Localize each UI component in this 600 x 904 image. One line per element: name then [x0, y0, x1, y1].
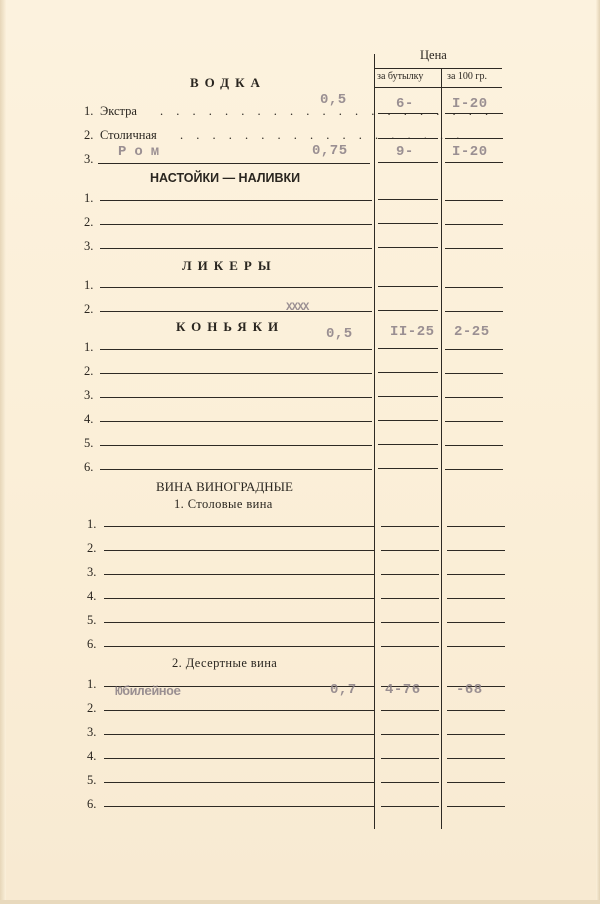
row-rule: [104, 734, 374, 735]
row-rule: [378, 348, 438, 349]
row-rule: [100, 224, 372, 225]
paper-edge-right: [596, 0, 600, 904]
table-wines-row-number: 6.: [87, 637, 96, 652]
price-per-100g-header: за 100 гр.: [447, 71, 487, 82]
row-rule: [447, 758, 505, 759]
row-rule: [100, 397, 372, 398]
row-rule: [445, 162, 503, 163]
dessert-wine-1-volume: 0,7: [330, 682, 357, 698]
vodka-row-2-number: 2.: [84, 128, 93, 143]
row-rule: [378, 247, 438, 248]
row-rule: [378, 420, 438, 421]
row-rule: [104, 598, 374, 599]
row-rule: [447, 550, 505, 551]
row-rule: [381, 574, 439, 575]
row-rule: [104, 782, 374, 783]
dessert-wine-1-name: Юбилейное: [115, 684, 181, 699]
price-header-rule: [374, 68, 502, 69]
price-column-left-rule: [374, 54, 375, 829]
table-wines-row-number: 2.: [87, 541, 96, 556]
row-rule: [381, 622, 439, 623]
row-rule: [381, 758, 439, 759]
dessert-wines-row-number: 2.: [87, 701, 96, 716]
table-wines-row-number: 1.: [87, 517, 96, 532]
row-rule: [445, 311, 503, 312]
konyaki-row-number: 6.: [84, 460, 93, 475]
row-rule: [100, 421, 372, 422]
konyaki-volume: 0,5: [326, 326, 353, 342]
row-rule: [381, 526, 439, 527]
row-rule: [445, 469, 503, 470]
row-rule: [447, 806, 505, 807]
subsection-title-dessert-wines: 2. Десертные вина: [172, 656, 277, 671]
konyaki-star-mark: XXXX: [286, 302, 308, 314]
row-rule: [447, 574, 505, 575]
vodka-row-1-volume: 0,5: [320, 92, 347, 108]
row-rule: [447, 598, 505, 599]
section-title-konyaki: КОНЬЯКИ: [176, 319, 284, 335]
row-rule: [381, 550, 439, 551]
row-rule: [447, 526, 505, 527]
dessert-wines-row-number: 5.: [87, 773, 96, 788]
row-rule: [445, 113, 503, 114]
vodka-row-1-price-bottle: 6-: [396, 96, 414, 112]
vodka-row-3-price-100g: I-20: [452, 144, 488, 160]
vodka-row-1-number: 1.: [84, 104, 93, 119]
konyaki-row-number: 2.: [84, 364, 93, 379]
subsection-title-table-wines: 1. Столовые вина: [174, 497, 273, 512]
konyaki-row-number: 4.: [84, 412, 93, 427]
table-wines-row-number: 5.: [87, 613, 96, 628]
row-rule: [381, 806, 439, 807]
dessert-wines-row-number: 3.: [87, 725, 96, 740]
row-rule: [104, 622, 374, 623]
table-wines-row-number: 4.: [87, 589, 96, 604]
vodka-row-1-name: Экстра: [100, 104, 137, 119]
section-title-likery: ЛИКЕРЫ: [182, 258, 277, 274]
vodka-row-2-dot-leader: . . . . . . . . . . . . . . . . . .: [180, 128, 464, 143]
row-rule: [445, 397, 503, 398]
row-rule: [104, 574, 374, 575]
row-rule: [445, 224, 503, 225]
row-rule: [445, 138, 503, 139]
nastoyki-row-number: 1.: [84, 191, 93, 206]
row-rule: [381, 734, 439, 735]
row-rule: [447, 782, 505, 783]
dessert-wine-1-price-bottle: 4-76: [385, 682, 421, 698]
row-rule: [447, 622, 505, 623]
row-rule: [104, 550, 374, 551]
nastoyki-row-number: 3.: [84, 239, 93, 254]
row-rule: [445, 373, 503, 374]
section-title-vodka: ВОДКА: [190, 75, 266, 91]
price-per-bottle-header: за бутылку: [377, 71, 423, 82]
row-rule: [104, 806, 374, 807]
price-column-middle-rule: [441, 68, 442, 829]
dessert-wines-row-number: 4.: [87, 749, 96, 764]
row-rule: [378, 199, 438, 200]
row-rule: [445, 287, 503, 288]
row-rule: [381, 782, 439, 783]
row-rule: [445, 445, 503, 446]
row-rule: [100, 349, 372, 350]
dessert-wine-1-price-100g: -68: [456, 682, 483, 698]
row-rule: [378, 444, 438, 445]
row-rule: [100, 311, 372, 312]
likery-row-number: 1.: [84, 278, 93, 293]
konyaki-price-bottle: II-25: [390, 324, 435, 340]
row-rule: [447, 646, 505, 647]
section-title-nastoyki: НАСТОЙКИ — НАЛИВКИ: [150, 171, 300, 185]
vodka-row-3-volume: 0,75: [312, 143, 348, 159]
row-rule: [100, 200, 372, 201]
row-rule: [445, 349, 503, 350]
row-rule: [378, 113, 438, 114]
row-rule: [445, 421, 503, 422]
row-rule: [100, 248, 372, 249]
row-rule: [378, 372, 438, 373]
row-rule: [104, 526, 374, 527]
konyaki-row-number: 5.: [84, 436, 93, 451]
vodka-row-1-price-100g: I-20: [452, 96, 488, 112]
vodka-row-3-number: 3.: [84, 152, 93, 167]
table-wines-row-number: 3.: [87, 565, 96, 580]
section-title-vina: ВИНА ВИНОГРАДНЫЕ: [156, 479, 293, 495]
vodka-row-2-name: Столичная: [100, 128, 157, 143]
row-rule: [447, 734, 505, 735]
row-rule: [100, 469, 372, 470]
row-rule: [104, 710, 374, 711]
row-rule: [100, 287, 372, 288]
row-rule: [378, 138, 438, 139]
dessert-wines-row-number: 6.: [87, 797, 96, 812]
row-rule: [445, 200, 503, 201]
row-rule: [381, 646, 439, 647]
row-rule: [378, 396, 438, 397]
row-rule: [378, 286, 438, 287]
konyaki-row-number: 1.: [84, 340, 93, 355]
row-rule: [378, 162, 438, 163]
row-rule: [100, 445, 372, 446]
row-rule: [381, 710, 439, 711]
row-rule: [98, 163, 370, 164]
price-header: Цена: [420, 48, 447, 63]
row-rule: [378, 468, 438, 469]
konyaki-row-number: 3.: [84, 388, 93, 403]
row-rule: [104, 758, 374, 759]
row-rule: [378, 310, 438, 311]
vodka-row-3-name: Ром: [118, 144, 167, 160]
paper-edge-left: [0, 0, 6, 904]
row-rule: [100, 373, 372, 374]
vodka-row-3-price-bottle: 9-: [396, 144, 414, 160]
row-rule: [445, 248, 503, 249]
dessert-wines-row-number: 1.: [87, 677, 96, 692]
price-list-page: Цена за бутылку за 100 гр. ВОДКА 1. Экст…: [0, 0, 600, 904]
nastoyki-row-number: 2.: [84, 215, 93, 230]
row-rule: [378, 223, 438, 224]
price-subheader-rule: [374, 87, 502, 88]
konyaki-price-100g: 2-25: [454, 324, 490, 340]
likery-row-number: 2.: [84, 302, 93, 317]
row-rule: [104, 646, 374, 647]
paper-edge-bottom: [0, 900, 600, 904]
row-rule: [447, 710, 505, 711]
row-rule: [381, 598, 439, 599]
